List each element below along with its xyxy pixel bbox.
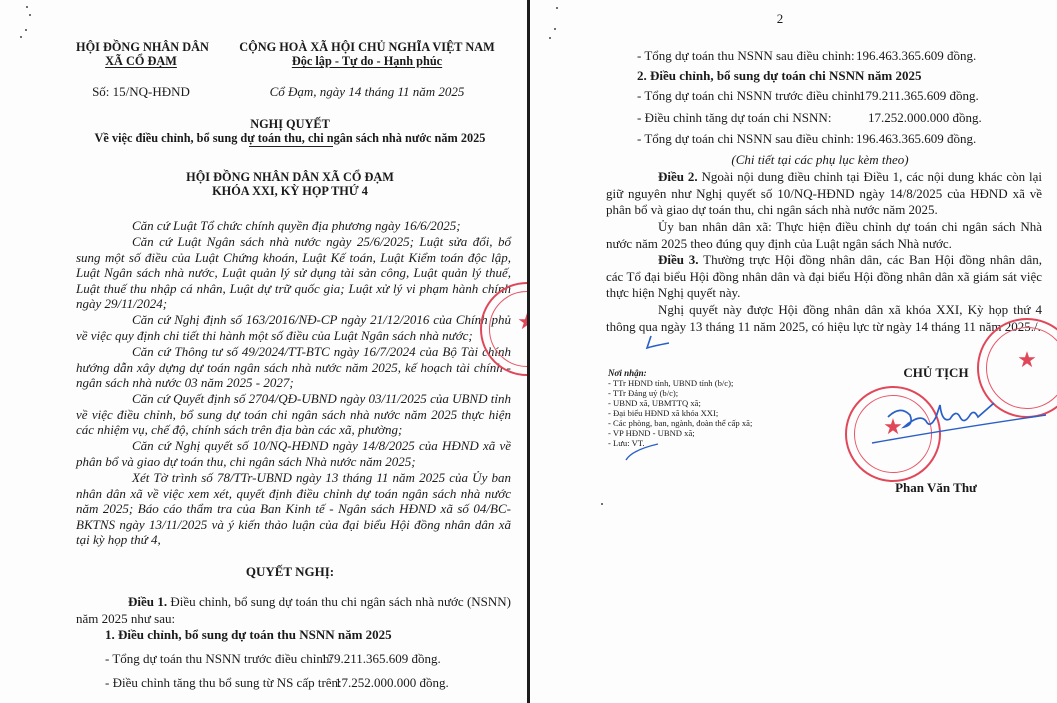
appendix-note: (Chi tiết tại các phụ lục kèm theo) [590,152,1050,168]
revenue-before-row: - Tổng dự toán thu NSNN trước điều chỉnh… [105,651,333,667]
recipients-title: Nơi nhận: [608,368,647,378]
expenditure-increase-row: - Điều chỉnh tăng dự toán chi NSNN:17.25… [637,110,831,126]
scan-speck [20,36,22,38]
document-number: Số: 15/NQ-HĐND [76,84,206,100]
revenue-increase-row: - Điều chỉnh tăng thu bổ sung từ NS cấp … [105,675,342,691]
recipient-item: - Đại biểu HĐND xã khóa XXI; [608,408,718,418]
council-name: HỘI ĐỒNG NHÂN DÂN XÃ CỔ ĐẠM [60,170,520,185]
recipient-item: - TTr HĐND tỉnh, UBND tỉnh (b/c); [608,378,733,388]
passage-statement: Nghị quyết này được Hội đồng nhân dân xã… [606,302,1042,335]
section-1-heading: 1. Điều chỉnh, bổ sung dự toán thu NSNN … [105,627,392,643]
scan-speck [25,29,27,31]
legal-basis-6: Căn cứ Nghị quyết số 10/NQ-HĐND ngày 14/… [76,438,511,469]
place-date: Cổ Đạm, ngày 14 tháng 11 năm 2025 [222,84,512,100]
legal-basis-5: Căn cứ Quyết định số 2704/QĐ-UBND ngày 0… [76,391,511,438]
title-underline [249,146,333,147]
document-page-1: HỘI ĐỒNG NHÂN DÂN XÃ CỔ ĐẠM Số: 15/NQ-HĐ… [0,0,527,703]
section-2-heading: 2. Điều chỉnh, bổ sung dự toán chi NSNN … [637,68,921,84]
legal-basis-4: Căn cứ Thông tư số 49/2024/TT-BTC ngày 1… [76,344,511,391]
legal-basis-2: Căn cứ Luật Ngân sách nhà nước ngày 25/6… [76,234,511,312]
recipient-item: - Các phòng, ban, ngành, đoàn thể cấp xã… [608,418,752,428]
scan-speck [29,14,31,16]
expenditure-before-row: - Tổng dự toán chi NSNN trước điều chỉnh… [637,88,864,104]
committee-instruction: Ủy ban nhân dân xã: Thực hiện điều chỉnh… [606,219,1042,252]
recipient-item: - VP HĐND - UBND xã; [608,428,695,438]
star-icon: ★ [1017,347,1037,373]
document-page-2: 2 - Tổng dự toán thu NSNN sau điều chỉnh… [530,0,1057,703]
national-motto: Độc lập - Tự do - Hạnh phúc [222,54,512,69]
scan-speck [549,37,551,39]
document-title: NGHỊ QUYẾT [60,117,520,132]
scan-speck [556,7,558,9]
initials-mark-icon [643,334,673,354]
scan-speck [554,28,556,30]
recipient-item: - UBND xã, UBMTTQ xã; [608,398,701,408]
star-icon: ★ [517,309,527,335]
legal-basis-3: Căn cứ Nghị định số 163/2016/NĐ-CP ngày … [76,312,511,343]
legal-basis-1: Căn cứ Luật Tổ chức chính quyền địa phươ… [76,218,511,234]
article-1: Điều 1. Điều chỉnh, bổ sung dự toán thu … [76,594,511,627]
document-subtitle: Về việc điều chỉnh, bổ sung dự toán thu,… [60,131,520,146]
article-3: Điều 3. Thường trực Hội đồng nhân dân, c… [606,252,1042,302]
recipient-item: - TTr Đảng uỷ (b/c); [608,388,678,398]
signature-icon [870,395,1050,455]
scan-speck [601,503,603,505]
national-title: CỘNG HOÀ XÃ HỘI CHỦ NGHĨA VIỆT NAM [222,40,512,55]
resolves-heading: QUYẾT NGHỊ: [60,564,520,580]
council-session: KHÓA XXI, KỲ HỌP THỨ 4 [60,184,520,199]
issuer-name: HỘI ĐỒNG NHÂN DÂN [76,40,206,55]
revenue-after-row: - Tổng dự toán thu NSNN sau điều chỉnh:1… [637,48,855,64]
scan-speck [26,6,28,8]
initials-mark-icon [622,440,662,462]
issuer-commune: XÃ CỔ ĐẠM [76,54,206,69]
expenditure-after-row: - Tổng dự toán chi NSNN sau điều chỉnh:1… [637,131,854,147]
legal-basis-7: Xét Tờ trình số 78/TTr-UBND ngày 13 thán… [76,470,511,548]
article-2: Điều 2. Ngoài nội dung điều chỉnh tại Đi… [606,169,1042,219]
signer-name: Phan Văn Thư [876,480,996,496]
page-number: 2 [760,11,800,27]
